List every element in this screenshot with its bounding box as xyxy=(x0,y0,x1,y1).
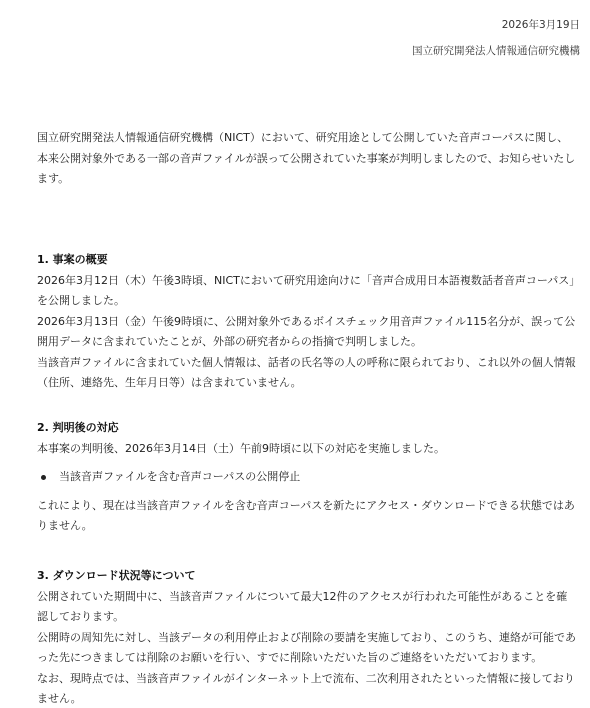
paragraph: なお、現時点では、当該音声ファイルがインターネット上で流布、二次利用されたといっ… xyxy=(37,669,577,708)
paragraph: 本事案の判明後、2026年3月14日（土）午前9時頃に以下の対応を実施しました。 xyxy=(37,439,577,460)
notice-date: 2026年3月19日 xyxy=(502,17,580,32)
section-response: 2. 判明後の対応 本事案の判明後、2026年3月14日（土）午前9時頃に以下の… xyxy=(37,418,577,537)
paragraph: 2026年3月12日（木）午後3時頃、NICTにおいて研究用途向けに「音声合成用… xyxy=(37,271,577,312)
issuing-organization: 国立研究開発法人情報通信研究機構 xyxy=(412,43,580,58)
paragraph: 公開されていた期間中に、当該音声ファイルについて最大12件のアクセスが行われた可… xyxy=(37,587,577,628)
section-heading: 1. 事案の概要 xyxy=(37,250,577,271)
paragraph: 公開時の周知先に対し、当該データの利用停止および削除の要請を実施しており、このう… xyxy=(37,628,577,669)
intro-paragraph: 国立研究開発法人情報通信研究機構（NICT）において、研究用途として公開していた… xyxy=(37,128,577,190)
section-heading: 3. ダウンロード状況等について xyxy=(37,566,577,587)
section-incident-overview: 1. 事案の概要 2026年3月12日（木）午後3時頃、NICTにおいて研究用途… xyxy=(37,250,577,394)
paragraph: 当該音声ファイルに含まれていた個人情報は、話者の氏名等の人の呼称に限られており、… xyxy=(37,353,577,394)
paragraph: 2026年3月13日（金）午後9時頃に、公開対象外であるボイスチェック用音声ファ… xyxy=(37,312,577,353)
bullet-icon xyxy=(41,475,46,480)
paragraph: これにより、現在は当該音声ファイルを含む音声コーパスを新たにアクセス・ダウンロー… xyxy=(37,496,577,537)
section-heading: 2. 判明後の対応 xyxy=(37,418,577,439)
response-list: 当該音声ファイルを含む音声コーパスの公開停止 xyxy=(37,467,577,488)
section-download-status: 3. ダウンロード状況等について 公開されていた期間中に、当該音声ファイルについ… xyxy=(37,566,577,708)
notice-page: 2026年3月19日 国立研究開発法人情報通信研究機構 国立研究開発法人情報通信… xyxy=(0,0,590,708)
list-item-text: 当該音声ファイルを含む音声コーパスの公開停止 xyxy=(59,470,300,483)
list-item: 当該音声ファイルを含む音声コーパスの公開停止 xyxy=(37,467,577,488)
